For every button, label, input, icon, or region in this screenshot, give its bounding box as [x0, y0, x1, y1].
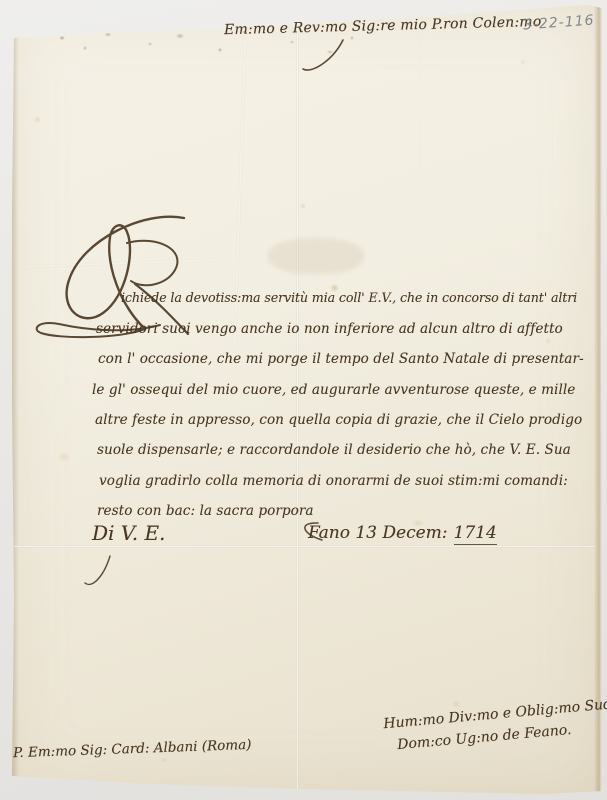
dateline: Fano 13 Decem:1714	[308, 523, 497, 543]
signature-block: Hum:mo Div:mo e Oblig:mo Sud: Dom:co Ug:…	[383, 694, 607, 758]
manuscript-line: resto con bac: la sacra porpora	[97, 503, 314, 519]
closing-formula: Di V. E.	[92, 521, 165, 545]
manuscript-line: voglia gradirlo colla memoria di onorarm…	[99, 473, 568, 489]
dateline-place: Fano 13 Decem:	[308, 523, 448, 543]
manuscript-line: altre feste in appresso, con quella copi…	[95, 412, 582, 428]
handwriting-layer: Em:mo e Rev:mo Sig:re mio P.ron Colen:mo…	[0, 0, 607, 800]
dateline-year: 1714	[454, 523, 497, 545]
manuscript-line: servidori suoi vengo anche io non inferi…	[96, 321, 563, 337]
manuscript-line: le gl' ossequi del mio cuore, ed augurar…	[92, 382, 575, 398]
manuscript-line: suole dispensarle; e raccordandole il de…	[97, 442, 571, 458]
salutation: Em:mo e Rev:mo Sig:re mio P.ron Colen:mo	[224, 14, 542, 38]
address-docket: P. Em:mo Sig: Card: Albani (Roma)	[13, 737, 252, 761]
manuscript-line: con l' occasione, che mi porge il tempo …	[98, 351, 584, 367]
manuscript-letter-scan: Em:mo e Rev:mo Sig:re mio P.ron Colen:mo…	[0, 0, 607, 800]
manuscript-line: ichiede la devotiss:ma servitù mia coll'…	[121, 290, 577, 305]
